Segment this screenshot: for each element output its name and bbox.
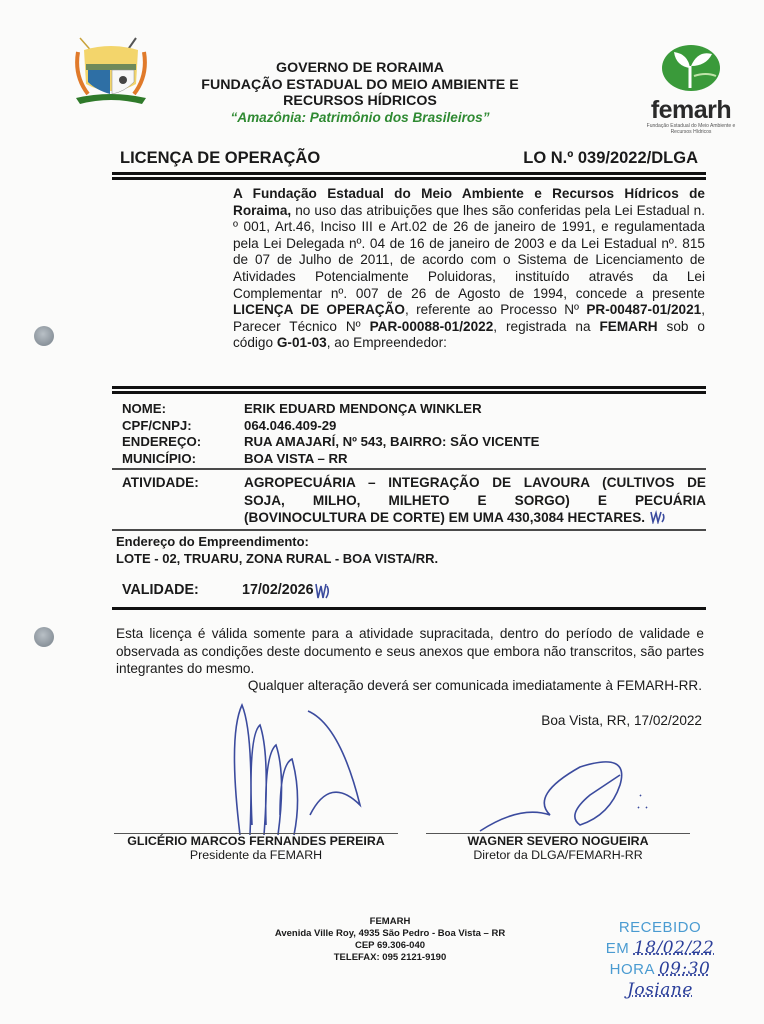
signer-name: GLICÉRIO MARCOS FERNANDES PEREIRA xyxy=(114,834,398,848)
header-foundation-cont: RECURSOS HÍDRICOS xyxy=(175,93,545,110)
field-row-cpf: CPF/CNPJ:064.046.409-29 xyxy=(122,418,539,435)
divider xyxy=(112,529,706,531)
document-title: LICENÇA DE OPERAÇÃO xyxy=(120,149,320,168)
double-rule xyxy=(112,386,706,394)
stamp-title: RECEBIDO xyxy=(570,918,750,938)
intro-paragraph: A Fundação Estadual do Meio Ambiente e R… xyxy=(233,186,705,352)
activity-value: AGROPECUÁRIA – INTEGRAÇÃO DE LAVOURA (CU… xyxy=(244,474,706,527)
logo-tagline: Fundação Estadual do Meio Ambiente e Rec… xyxy=(636,123,746,135)
signer-name: WAGNER SEVERO NOGUEIRA xyxy=(426,834,690,848)
site-address-value: LOTE - 02, TRUARU, ZONA RURAL - BOA VIST… xyxy=(116,550,438,567)
header-government: GOVERNO DE RORAIMA xyxy=(175,60,545,77)
field-row-address: ENDEREÇO:RUA AMAJARÍ, Nº 543, BAIRRO: SÃ… xyxy=(122,434,539,451)
header-foundation: FUNDAÇÃO ESTADUAL DO MEIO AMBIENTE E xyxy=(175,77,545,94)
logo-wordmark: femarh xyxy=(636,97,746,123)
validity-date: 17/02/2026 xyxy=(242,582,314,600)
site-address-label: Endereço do Empreendimento: xyxy=(116,533,438,550)
signature-block-director: WAGNER SEVERO NOGUEIRA Diretor da DLGA/F… xyxy=(426,833,690,862)
leaf-sprout-icon xyxy=(660,44,722,92)
license-number: LO N.º 039/2022/DLGA xyxy=(523,149,698,168)
validity-note: Esta licença é válida somente para a ati… xyxy=(116,625,704,678)
technical-opinion-number: PAR-00088-01/2022 xyxy=(370,319,494,334)
punch-hole xyxy=(34,326,54,346)
punch-hole xyxy=(34,627,54,647)
signer-role: Presidente da FEMARH xyxy=(114,848,398,862)
validity-row: VALIDADE: 17/02/2026 xyxy=(122,582,332,600)
entrepreneur-fields: NOME:ERIK EDUARD MENDONÇA WINKLER CPF/CN… xyxy=(122,401,539,468)
letterhead: GOVERNO DE RORAIMA FUNDAÇÃO ESTADUAL DO … xyxy=(175,60,545,126)
place-and-date: Boa Vista, RR, 17/02/2022 xyxy=(541,713,702,728)
femarh-logo: femarh Fundação Estadual do Meio Ambient… xyxy=(636,44,746,134)
stamp-date: 18/02/22 xyxy=(634,938,714,958)
initials-icon xyxy=(314,582,332,600)
field-row-municipality: MUNICÍPIO:BOA VISTA – RR xyxy=(122,451,539,468)
divider xyxy=(112,468,706,470)
state-coat-of-arms-icon xyxy=(72,36,150,112)
process-number: PR-00487-01/2021 xyxy=(586,302,701,317)
signature-block-president: GLICÉRIO MARCOS FERNANDES PEREIRA Presid… xyxy=(114,833,398,862)
change-notice: Qualquer alteração deverá ser comunicada… xyxy=(248,678,702,693)
signature-director-icon xyxy=(470,755,670,835)
activity-row: ATIVIDADE: AGROPECUÁRIA – INTEGRAÇÃO DE … xyxy=(122,474,706,527)
signer-role: Diretor da DLGA/FEMARH-RR xyxy=(426,848,690,862)
header-motto: “Amazônia: Patrimônio dos Brasileiros” xyxy=(175,110,545,127)
field-row-name: NOME:ERIK EDUARD MENDONÇA WINKLER xyxy=(122,401,539,418)
stamp-time: 09:30 xyxy=(659,959,711,979)
initials-icon xyxy=(649,510,667,524)
footer-address: FEMARH Avenida Ville Roy, 4935 São Pedro… xyxy=(240,916,540,964)
double-rule xyxy=(112,172,706,180)
double-rule xyxy=(112,607,706,610)
registry-code: G-01-03 xyxy=(277,335,327,350)
signature-president-icon xyxy=(220,695,370,845)
activity-label: ATIVIDADE: xyxy=(122,474,244,527)
stamp-signature: Josiane xyxy=(627,980,693,1000)
received-stamp: RECEBIDO EM 18/02/22 HORA 09:30 Josiane xyxy=(570,918,750,1001)
validity-label: VALIDADE: xyxy=(122,582,242,600)
site-address: Endereço do Empreendimento: LOTE - 02, T… xyxy=(116,533,438,567)
